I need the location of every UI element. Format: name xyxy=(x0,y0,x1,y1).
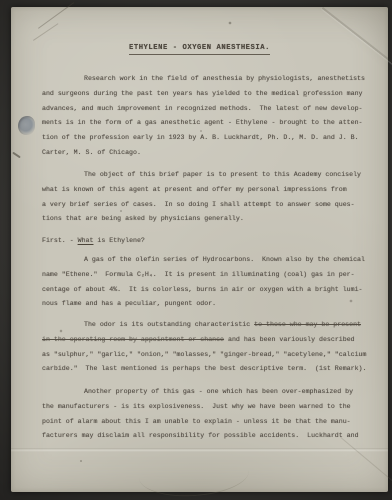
text-line: centage of about 4%. It is colorless, bu… xyxy=(42,283,378,298)
text-line: Research work in the field of anesthesia… xyxy=(42,72,378,87)
scanned-document: ETHYLENE - OXYGEN ANESTHESIA. Research w… xyxy=(0,0,392,500)
heading-line: First. - What is Ethylene? xyxy=(42,234,378,249)
text-line: nous flame and has a peculiar, pungent o… xyxy=(42,297,378,312)
text-line: A gas of the olefin series of Hydrocarbo… xyxy=(42,253,378,268)
text-line: a very brief series of cases. In so doin… xyxy=(42,198,378,213)
text-line: what is known of this agent at present a… xyxy=(42,183,378,198)
text-line: The object of this brief paper is to pre… xyxy=(42,168,378,183)
text-line: facturers may disclaim all responsibilit… xyxy=(42,429,378,444)
text-line: and surgeons during the past ten years h… xyxy=(42,87,378,102)
text-line: the manufacturers - is its explosiveness… xyxy=(42,400,378,415)
paragraph-2: The object of this brief paper is to pre… xyxy=(42,168,378,227)
struck-text: in the operating room by appointment or … xyxy=(42,336,224,343)
text-line: Carter, M. S. of Chicago. xyxy=(42,146,378,161)
paragraph-5: Another property of this gas - one which… xyxy=(42,385,378,444)
document-title: ETHYLENE - OXYGEN ANESTHESIA. xyxy=(129,44,270,55)
title-row: ETHYLENE - OXYGEN ANESTHESIA. xyxy=(11,36,388,55)
text-line: name "Ethene." Formula C₂H₄. It is prese… xyxy=(42,268,378,283)
section-heading: First. - What is Ethylene? xyxy=(42,234,378,249)
text-line: carbide." The last mentioned is perhaps … xyxy=(42,362,378,377)
text-line: in the operating room by appointment or … xyxy=(42,333,378,348)
heading-pre: First. - xyxy=(42,237,78,244)
text-line: Another property of this gas - one which… xyxy=(42,385,378,400)
text-segment: The odor is its outstanding characterist… xyxy=(84,321,254,328)
text-line: The odor is its outstanding characterist… xyxy=(42,318,378,333)
paragraph-4: The odor is its outstanding characterist… xyxy=(42,318,378,377)
paragraph-3: A gas of the olefin series of Hydrocarbo… xyxy=(42,253,378,312)
text-line: tion of the profession early in 1923 by … xyxy=(42,131,378,146)
text-line: tions that are being asked by physicians… xyxy=(42,212,378,227)
struck-text: to those who may be present xyxy=(254,321,361,328)
text-segment: and has been variously described xyxy=(224,336,355,343)
text-line: advances, and much improvement in recogn… xyxy=(42,102,378,117)
text-line: ments is in the form of a gas anesthetic… xyxy=(42,116,378,131)
text-line: as "sulphur," "garlic," "onion," "molass… xyxy=(42,348,378,363)
paragraph-1: Research work in the field of anesthesia… xyxy=(42,72,378,161)
heading-post: is Ethylene? xyxy=(93,237,144,244)
document-text-layer: ETHYLENE - OXYGEN ANESTHESIA. Research w… xyxy=(11,7,388,492)
heading-underlined-word: What xyxy=(78,237,94,244)
paper-page: ETHYLENE - OXYGEN ANESTHESIA. Research w… xyxy=(11,7,388,492)
text-line: point of alarm about this I am unable to… xyxy=(42,415,378,430)
